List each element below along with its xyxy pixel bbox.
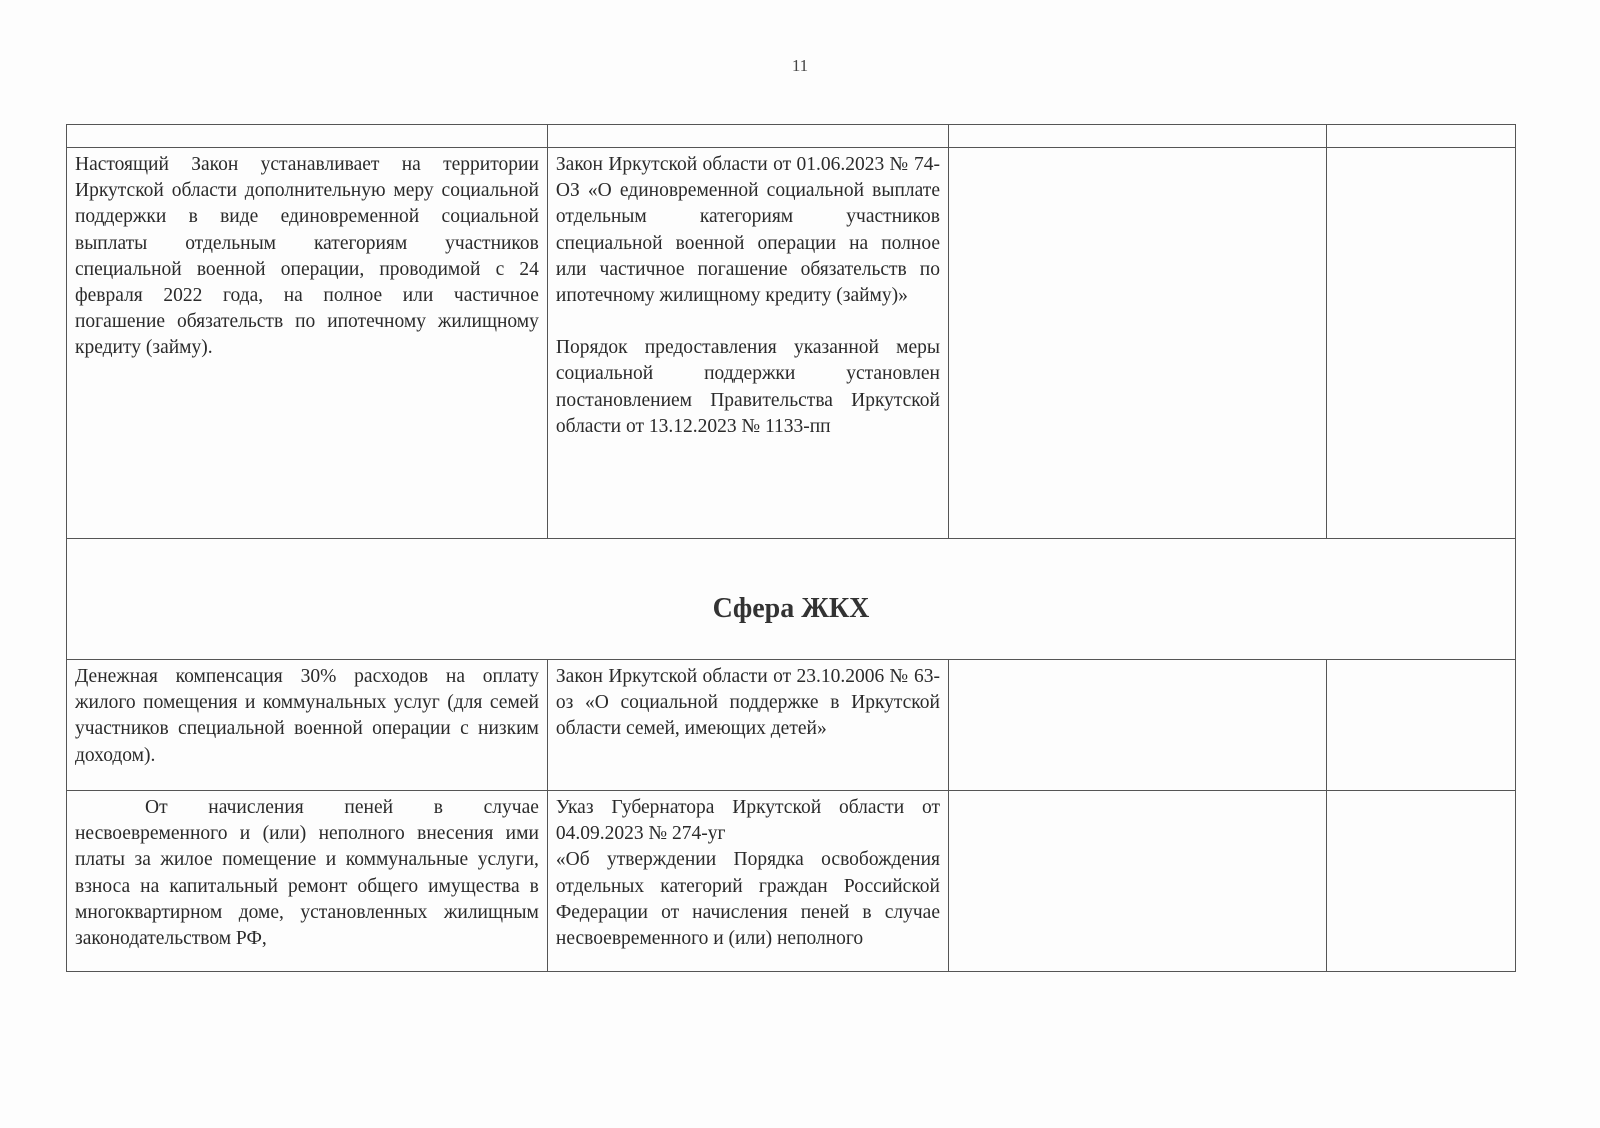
legal-basis-cell: Закон Иркутской области от 01.06.2023 № … <box>547 148 948 539</box>
legal-basis-text: «Об утверждении Порядка освобождения отд… <box>556 847 940 952</box>
legal-basis-note: Порядок предоставления указанной меры со… <box>556 335 940 440</box>
legal-basis: Закон Иркутской области от 01.06.2023 № … <box>556 152 940 309</box>
legal-basis-cell: Закон Иркутской области от 23.10.2006 № … <box>547 660 948 791</box>
table-cell <box>1326 125 1515 148</box>
table-cell <box>547 125 948 148</box>
section-header-cell: Сфера ЖКХ <box>67 539 1516 660</box>
table-row: От начисления пеней в случае несвоевреме… <box>67 791 1516 972</box>
measures-table: Настоящий Закон устанавливает на террито… <box>66 124 1516 972</box>
table-row-continuation <box>67 125 1516 148</box>
table-cell <box>948 660 1326 791</box>
section-header-row: Сфера ЖКХ <box>67 539 1516 660</box>
table-cell <box>1326 660 1515 791</box>
table-cell <box>948 791 1326 972</box>
measure-cell: Денежная компенсация 30% расходов на опл… <box>67 660 548 791</box>
table-cell <box>67 125 548 148</box>
table-row: Денежная компенсация 30% расходов на опл… <box>67 660 1516 791</box>
table-cell <box>948 125 1326 148</box>
table-cell <box>1326 148 1515 539</box>
legal-basis-cell: Указ Губернатора Иркутской области от 04… <box>547 791 948 972</box>
section-title: Сфера ЖКХ <box>713 593 870 624</box>
legal-basis-title: Указ Губернатора Иркутской области от 04… <box>556 795 940 847</box>
table-cell <box>948 148 1326 539</box>
table-cell <box>1326 791 1515 972</box>
measure-cell: Настоящий Закон устанавливает на террито… <box>67 148 548 539</box>
measure-cell: От начисления пеней в случае несвоевреме… <box>67 791 548 972</box>
table-row: Настоящий Закон устанавливает на террито… <box>67 148 1516 539</box>
page-number: 11 <box>0 56 1600 76</box>
